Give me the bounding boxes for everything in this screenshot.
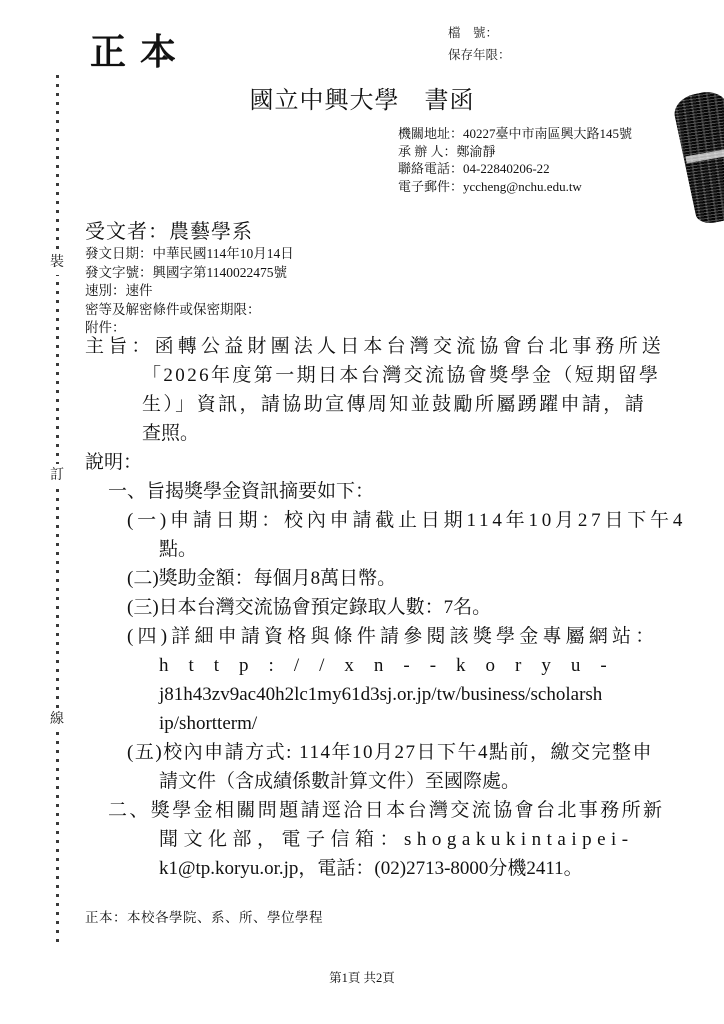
meta-line: 密等及解密條件或保密期限： — [85, 301, 294, 320]
meta-line: 發文日期：中華民國114年10月14日 — [85, 245, 294, 264]
body-text: 主旨：函轉公益財團法人日本台灣交流協會台北事務所送「2026年度第一期日本台灣交… — [85, 332, 665, 883]
body-line: 查照。 — [142, 419, 665, 448]
body-line: (三)日本台灣交流協會預定錄取人數：7名。 — [127, 593, 665, 622]
body-line: 請文件（含成績係數計算文件）至國際處。 — [159, 767, 665, 796]
body-line: 一、旨揭獎學金資訊摘要如下： — [108, 477, 665, 506]
copy-type-label: 正本 — [90, 24, 190, 75]
file-number-label: 檔 號： — [448, 22, 511, 44]
body-line: j81h43zv9ac40h2lc1my61d3sj.or.jp/tw/busi… — [159, 680, 665, 709]
binding-char-xian: 線 — [50, 708, 64, 732]
body-line: k1@tp.koryu.or.jp，電話：(02)2713-8000分機2411… — [159, 854, 665, 883]
body-line: (一)申請日期：校內申請截止日期114年10月27日下午4 — [127, 506, 665, 535]
body-line: 生）」資訊，請協助宣傳周知並鼓勵所屬踴躍申請，請 — [142, 390, 665, 419]
official-letter-page: 裝 訂 線 正本 檔 號： 保存年限： 國立中興大學 書函 機關地址：40227… — [0, 0, 724, 1024]
registration-stamp — [671, 88, 724, 226]
body-line: (五)校內申請方式: 114年10月27日下午4點前，繳交完整申 — [127, 738, 665, 767]
body-line: 聞文化部，電子信箱：shogakukintaipei- — [159, 825, 665, 854]
contact-block: 機關地址：40227臺中市南區興大路145號承 辦 人：鄭渝靜聯絡電話：04-2… — [398, 125, 632, 195]
meta-line: 速別：速件 — [85, 282, 294, 301]
body-line: (二)獎助金額：每個月8萬日幣。 — [127, 564, 665, 593]
contact-line: 承 辦 人：鄭渝靜 — [398, 143, 632, 161]
binding-char-ding: 訂 — [50, 464, 64, 488]
copy-to-line: 正本：本校各學院、系、所、學位學程 — [85, 906, 323, 926]
body-line: 「2026年度第一期日本台灣交流協會獎學金（短期留學 — [142, 361, 665, 390]
body-line: 主旨：函轉公益財團法人日本台灣交流協會台北事務所送 — [85, 332, 665, 361]
meta-line: 發文字號：興國字第1140022475號 — [85, 264, 294, 283]
file-number-block: 檔 號： 保存年限： — [448, 22, 511, 66]
binding-dotted-line — [56, 75, 59, 947]
meta-block: 發文日期：中華民國114年10月14日發文字號：興國字第1140022475號速… — [85, 245, 294, 338]
recipient-line: 受文者：農藝學系 — [85, 215, 253, 244]
binding-char-zhuang: 裝 — [50, 251, 64, 275]
document-title: 國立中興大學 書函 — [0, 80, 724, 115]
retention-period-label: 保存年限： — [448, 44, 511, 66]
body-line: 點。 — [159, 535, 665, 564]
contact-line: 聯絡電話：04-22840206-22 — [398, 160, 632, 178]
binding-line: 裝 訂 線 — [55, 75, 61, 947]
body-line: http://xn--koryu- — [159, 651, 665, 680]
contact-line: 電子郵件：yccheng@nchu.edu.tw — [398, 178, 632, 196]
body-line: 說明： — [85, 448, 665, 477]
body-line: ip/shortterm/ — [159, 709, 665, 738]
contact-line: 機關地址：40227臺中市南區興大路145號 — [398, 125, 632, 143]
page-number: 第1頁 共2頁 — [0, 968, 724, 986]
body-line: 二、獎學金相關問題請逕洽日本台灣交流協會台北事務所新 — [108, 796, 665, 825]
body-line: (四)詳細申請資格與條件請參閱該獎學金專屬網站： — [127, 622, 665, 651]
